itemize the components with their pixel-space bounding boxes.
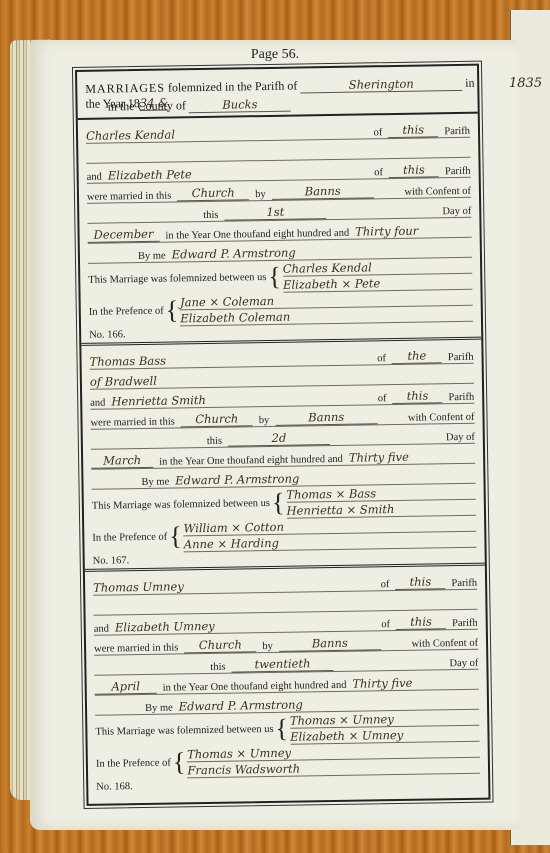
bride-signature: Henrietta × Smith [286, 502, 394, 518]
form-header: MARRIAGES folemnized in the Parifh of Sh… [77, 66, 478, 120]
marriage-entry: Charles Kendal of this Parifh and Elizab… [78, 114, 482, 346]
day-field: twentieth [231, 656, 333, 673]
groom-name: Thomas Bass [89, 354, 166, 369]
bride-name: Henrietta Smith [111, 393, 206, 408]
banns-field: Banns [272, 183, 374, 200]
groom-parish: this [395, 574, 445, 590]
groom-signature: Charles Kendal [283, 260, 372, 275]
header-title: MARRIAGES [85, 81, 165, 96]
this-label: this [203, 210, 218, 221]
marriage-entry: Thomas Umney of this Parifh and Elizabet… [85, 566, 488, 795]
this-label: this [210, 662, 225, 673]
consent-label: with Confent of [404, 186, 471, 198]
month-field: March [91, 453, 153, 469]
presence-label: In the Prefence of [92, 531, 167, 543]
brace-icon: { [173, 757, 186, 767]
groom-name: Thomas Umney [93, 579, 184, 594]
officiant-signature: Edward P. Armstrong [172, 246, 296, 262]
day-field: 2d [228, 430, 330, 447]
parish-field: Sherington [300, 76, 462, 94]
marriage-register-form: MARRIAGES folemnized in the Parifh of Sh… [75, 64, 491, 806]
bride-signature: Elizabeth × Umney [290, 728, 403, 744]
year-words-field: Thirty five [352, 676, 412, 691]
and-label: and [94, 624, 109, 635]
groom-signature: Thomas × Umney [290, 712, 394, 728]
witness-1-signature: Jane × Coleman [180, 294, 274, 309]
presence-label: In the Prefence of [89, 305, 164, 317]
month-field: April [95, 679, 157, 695]
bride-parish: this [389, 162, 439, 178]
parish-label: Parifh [452, 618, 478, 629]
of-label: of [381, 619, 390, 630]
bride-name: Elizabeth Pete [108, 167, 192, 182]
marriage-entry: Thomas Bass of the Parifh of Bradwell an… [81, 340, 485, 572]
and-label: and [90, 398, 105, 409]
month-field: December [87, 227, 159, 243]
consent-label: with Confent of [408, 412, 475, 424]
witness-1-signature: Thomas × Umney [187, 746, 291, 762]
witness-2-signature: Elizabeth Coleman [180, 310, 290, 326]
brace-icon: { [169, 531, 182, 541]
parish-label: Parifh [445, 166, 471, 177]
witness-signatures: In the Prefence of { Thomas × Umney Fran… [96, 742, 480, 780]
married-in-label: were married in this [87, 191, 171, 203]
by-label: by [259, 415, 270, 426]
by-label: by [262, 641, 273, 652]
brace-icon: { [268, 272, 281, 282]
place-field: Church [181, 411, 253, 427]
by-me-label: By me [145, 703, 173, 714]
and-label: and [87, 172, 102, 183]
parish-label: Parifh [448, 392, 474, 403]
day-field: 1st [224, 204, 326, 221]
this-label: this [207, 436, 222, 447]
groom-signature: Thomas × Bass [286, 486, 376, 501]
brace-icon: { [275, 724, 288, 734]
witness-2-signature: Francis Wadsworth [187, 762, 300, 778]
of-label: of [381, 579, 390, 590]
of-label: of [374, 167, 383, 178]
place-field: Church [184, 637, 256, 653]
by-me-label: By me [141, 477, 169, 488]
day-of-label: Day of [449, 658, 478, 669]
married-in-label: were married in this [90, 416, 174, 428]
by-label: by [255, 189, 266, 200]
solemnized-label: This Marriage was folemnized between us [95, 723, 273, 737]
officiant-signature: Edward P. Armstrong [179, 698, 303, 714]
register-page: Page 56. 1835 MARRIAGES folemnized in th… [30, 40, 520, 830]
brace-icon: { [166, 305, 179, 315]
solemnized-label: This Marriage was folemnized between us [88, 272, 266, 286]
groom-parish: the [392, 348, 442, 364]
solemnized-label: This Marriage was folemnized between us [92, 497, 270, 511]
bride-name: Elizabeth Umney [115, 619, 215, 635]
year-words-field: Thirty four [355, 224, 418, 239]
witness-2-signature: Anne × Harding [184, 536, 279, 551]
parish-label: Parifh [444, 126, 470, 137]
brace-icon: { [272, 498, 285, 508]
header-title-rest: folemnized in the Parifh of [168, 79, 298, 95]
page-number: Page 56. [30, 47, 520, 63]
of-label: of [378, 393, 387, 404]
witness-signatures: In the Prefence of { Jane × Coleman Eliz… [89, 290, 473, 328]
banns-field: Banns [275, 409, 377, 426]
parish-label: Parifh [448, 352, 474, 363]
of-label: of [377, 353, 386, 364]
groom-name: Charles Kendal [86, 127, 175, 142]
witness-signatures: In the Prefence of { William × Cotton An… [92, 516, 476, 554]
year-words-field: Thirty five [349, 450, 409, 465]
consent-label: with Confent of [411, 638, 478, 650]
groom-parish: this [388, 122, 438, 138]
bride-signature: Elizabeth × Pete [283, 276, 380, 292]
groom-residence: of Bradwell [90, 374, 157, 389]
banns-field: Banns [279, 635, 381, 652]
bride-parish: this [392, 388, 442, 404]
county-field: Bucks [189, 97, 291, 114]
entries-list: Charles Kendal of this Parifh and Elizab… [78, 114, 489, 795]
witness-1-signature: William × Cotton [184, 520, 285, 536]
of-label: of [374, 127, 383, 138]
bride-parish: this [396, 614, 446, 630]
presence-label: In the Prefence of [96, 757, 171, 769]
married-in-label: were married in this [94, 642, 178, 654]
parish-label: Parifh [451, 578, 477, 589]
year-annotation: 1835 [509, 76, 542, 91]
officiant-signature: Edward P. Armstrong [175, 472, 299, 488]
by-me-label: By me [138, 251, 166, 262]
place-field: Church [177, 185, 249, 201]
day-of-label: Day of [442, 206, 471, 217]
day-of-label: Day of [446, 432, 475, 443]
county-label: in the County of [107, 98, 186, 113]
